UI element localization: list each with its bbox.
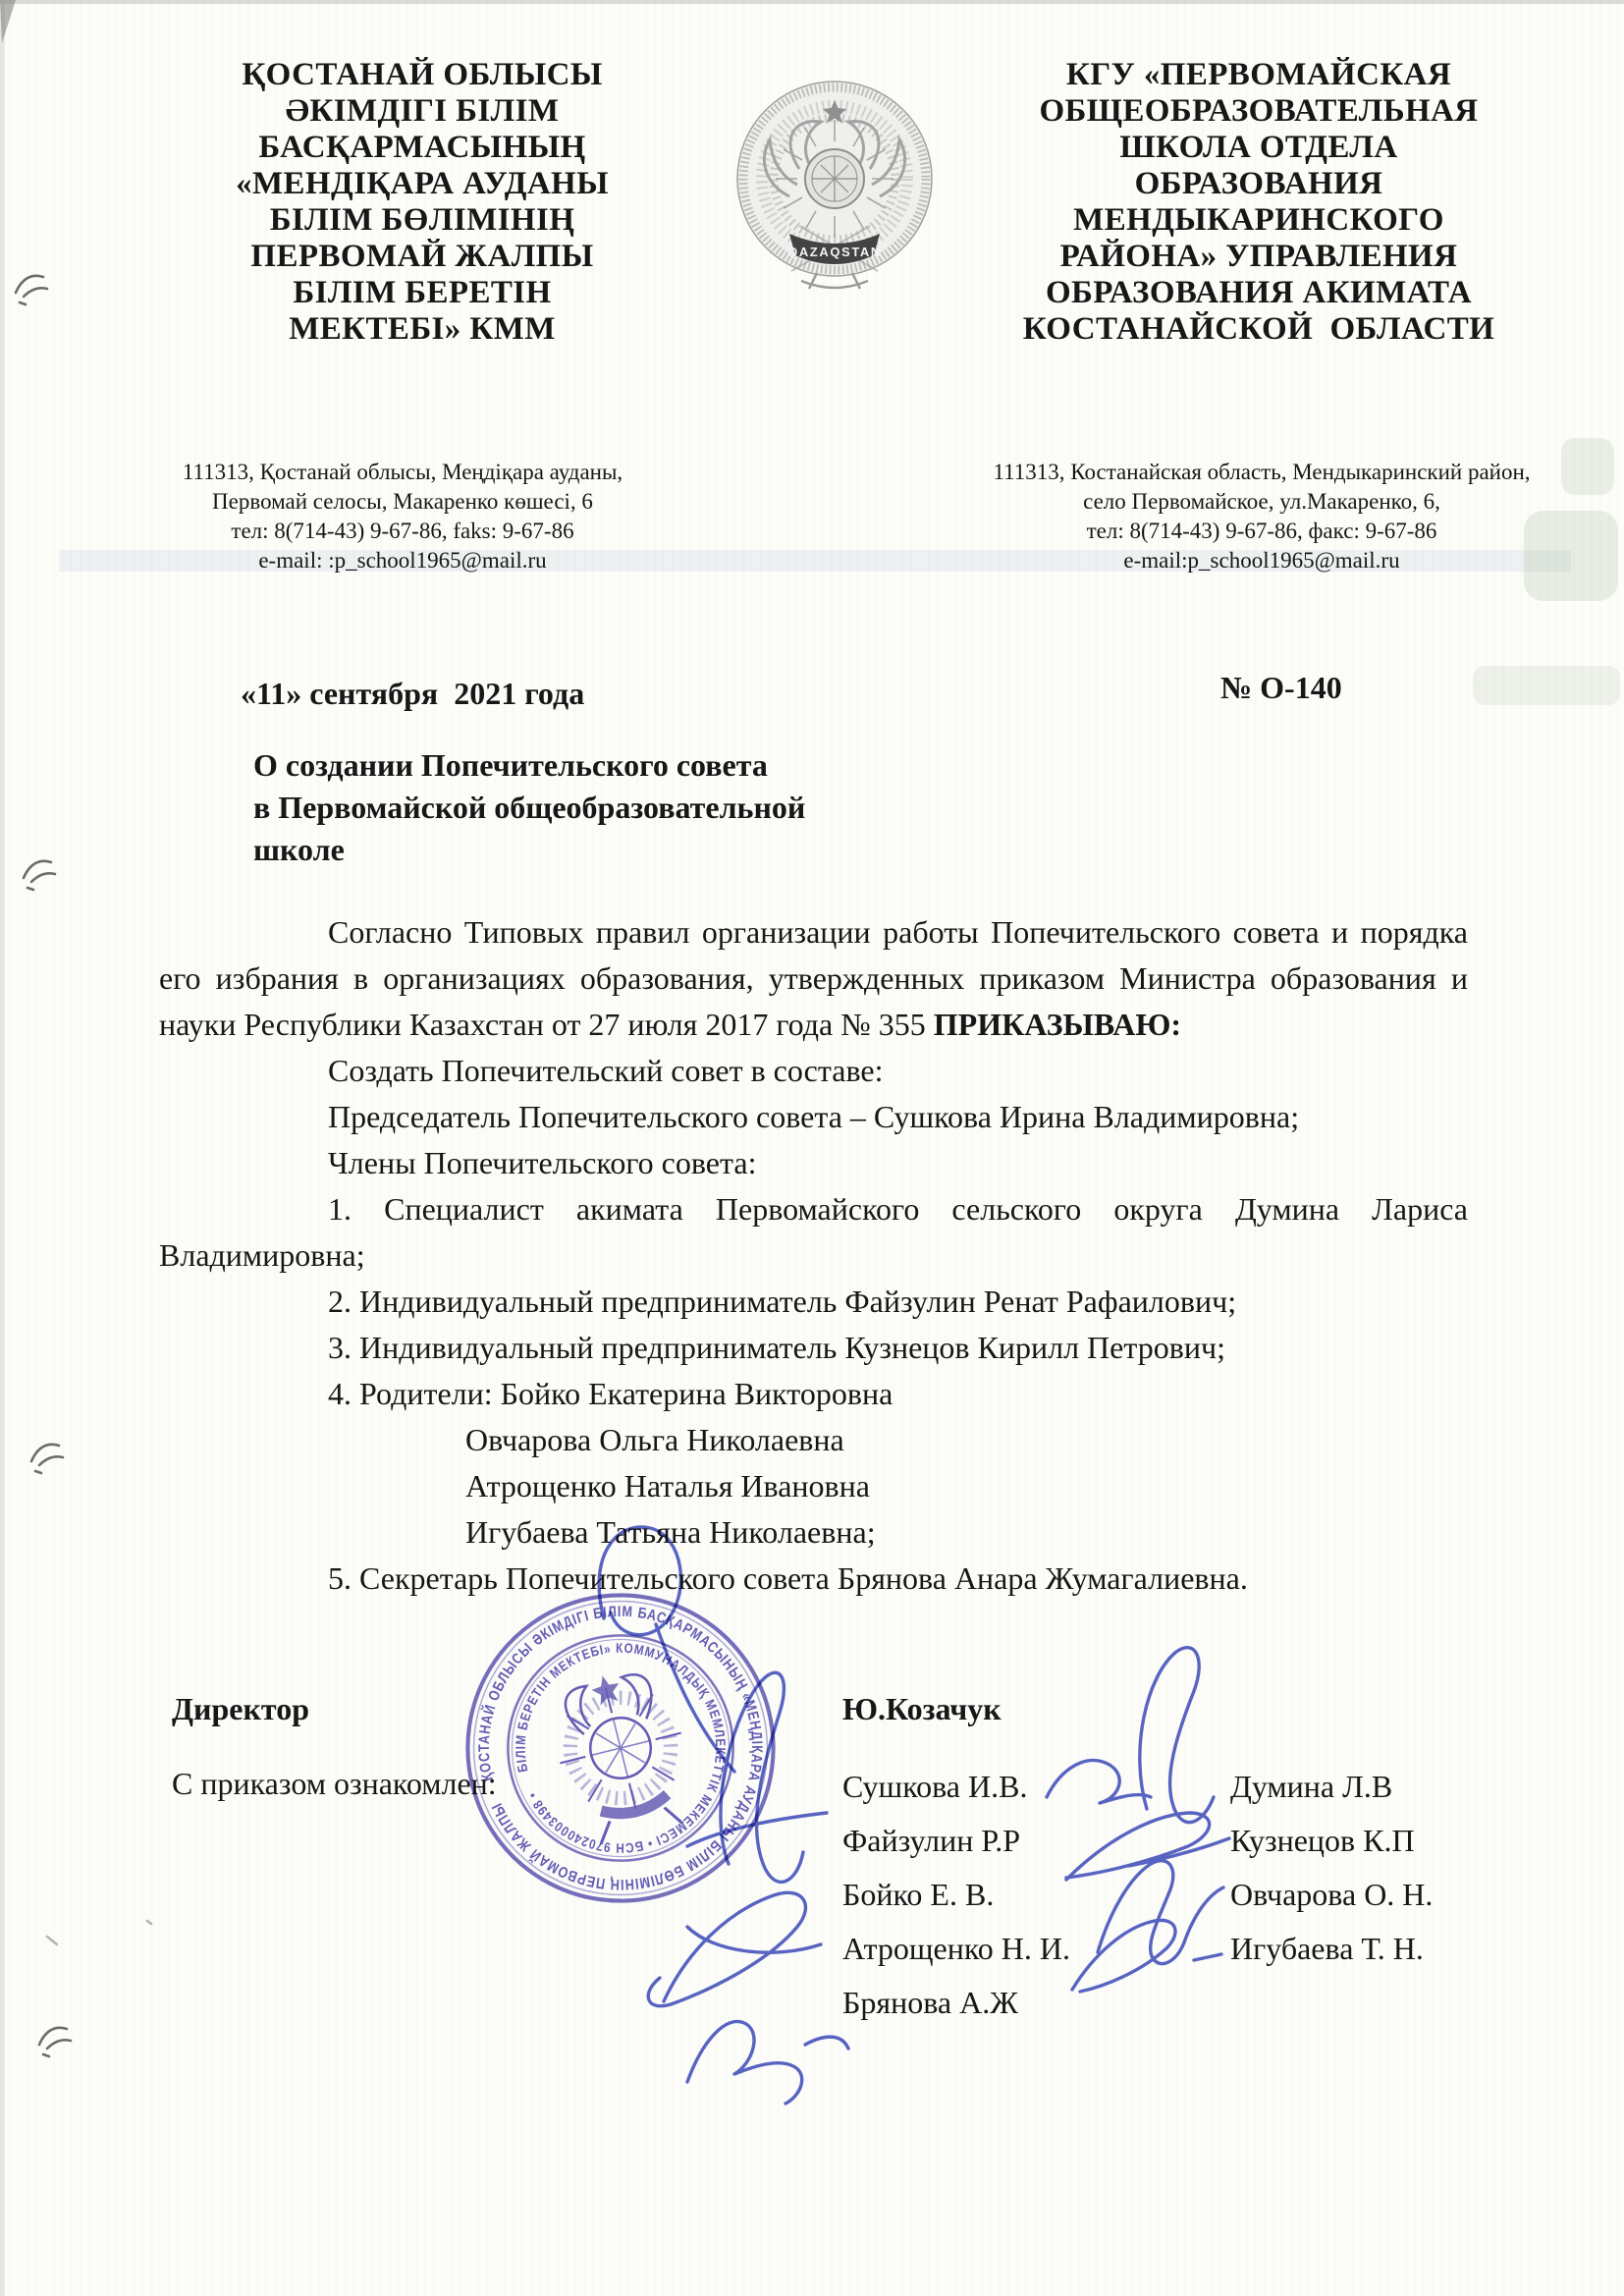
order-item-parent-name: Атрощенко Наталья Ивановна [159,1463,1468,1509]
subject-line: О создании Попечительского совета [253,744,805,787]
body-intro: Согласно Типовых правил организации рабо… [159,914,1468,1042]
letterhead-line: «МЕНДІҚАРА АУДАНЫ [167,166,677,202]
order-item-parent-name: Игубаева Татьяна Николаевна; [159,1509,1468,1556]
order-item: 4. Родители: Бойко Екатерина Викторовна [159,1371,1468,1417]
letterhead-line: ОБРАЗОВАНИЯ [945,166,1573,202]
subject-line: в Первомайской общеобразовательной [253,787,805,829]
emblem-qazaqstan-label: QAZAQSTAN [787,245,882,259]
director-label: Директор [172,1691,309,1727]
letterhead-line: БІЛІМ БЕРЕТІН [167,275,677,311]
letterhead-left: ҚОСТАНАЙ ОБЛЫСЫ ӘКІМДІГІ БІЛІМ БАСҚАРМАС… [167,57,677,348]
signature-name: Думина Л.В [1230,1760,1433,1814]
letterhead-line: РАЙОНА» УПРАВЛЕНИЯ [945,239,1573,275]
contact-line: село Первомайское, ул.Макаренко, 6, [933,487,1591,517]
order-item: 3. Индивидуальный предприниматель Кузнец… [159,1325,1468,1371]
scanned-order-document: ҚОСТАНАЙ ОБЛЫСЫ ӘКІМДІГІ БІЛІМ БАСҚАРМАС… [0,0,1624,2296]
contact-line: e-mail:p_school1965@mail.ru [933,546,1591,575]
subject-line: школе [253,829,805,871]
letterhead-line: ҚОСТАНАЙ ОБЛЫСЫ [167,57,677,93]
order-date: «11» сентября 2021 года [241,676,584,712]
order-item: Члены Попечительского совета: [159,1140,1468,1186]
contact-block-kazakh: 111313, Қостанай облысы, Меңдіқара аудан… [118,458,687,575]
state-emblem-icon: QAZAQSTAN [731,79,939,293]
letterhead-line: КГУ «ПЕРВОМАЙСКАЯ [945,57,1573,93]
letterhead-line: ШКОЛА ОТДЕЛА [945,130,1573,166]
director-name: Ю.Козачук [842,1691,1001,1727]
signature-name: Овчарова О. Н. [1230,1868,1433,1922]
letterhead-line: МЕКТЕБІ» КММ [167,311,677,348]
contact-line: 111313, Костанайская область, Мендыкарин… [933,458,1591,487]
signature-name: Файзулин Р.Р [842,1814,1070,1868]
letterhead-line: ОБЩЕОБРАЗОВАТЕЛЬНАЯ [945,93,1573,130]
signature-name: Кузнецов К.П [1230,1814,1433,1868]
order-body: Согласно Типовых правил организации рабо… [159,909,1468,1602]
contact-line: e-mail: :p_school1965@mail.ru [118,546,687,575]
letterhead-line: КОСТАНАЙСКОЙ ОБЛАСТИ [945,311,1573,348]
signature-name: Бойко Е. В. [842,1868,1070,1922]
letterhead-line: ПЕРВОМАЙ ЖАЛПЫ [167,239,677,275]
acknowledgement-label: С приказом ознакомлен: [172,1766,497,1802]
signature-name: Сушкова И.В. [842,1760,1070,1814]
order-item: 1. Специалист акимата Первомайского сель… [159,1186,1468,1279]
letterhead-line: ӘКІМДІГІ БІЛІМ [167,93,677,130]
body-paragraph: Согласно Типовых правил организации рабо… [159,909,1468,1048]
contact-block-russian: 111313, Костанайская область, Мендыкарин… [933,458,1591,575]
official-stamp: ҚОСТАНАЙ ОБЛЫСЫ ӘКІМДІГІ БІЛІМ БАСҚАРМАС… [413,1541,828,1955]
signature-name: Атрощенко Н. И. [842,1922,1070,1976]
contact-line: тел: 8(714-43) 9-67-86, факс: 9-67-86 [933,517,1591,546]
order-item: 2. Индивидуальный предприниматель Файзул… [159,1279,1468,1325]
order-item: Создать Попечительский совет в составе: [159,1048,1468,1094]
contact-line: тел: 8(714-43) 9-67-86, faks: 9-67-86 [118,517,687,546]
signature-names-right-column: Думина Л.В Кузнецов К.П Овчарова О. Н. И… [1230,1760,1433,1976]
letterhead-line: МЕНДЫКАРИНСКОГО [945,202,1573,239]
contact-line: Первомай селосы, Макаренко көшесі, 6 [118,487,687,517]
order-subject: О создании Попечительского совета в Перв… [253,744,805,871]
letterhead-line: ОБРАЗОВАНИЯ АКИМАТА [945,275,1573,311]
letterhead-line: БІЛІМ БӨЛІМІНІҢ [167,202,677,239]
letterhead-right: КГУ «ПЕРВОМАЙСКАЯ ОБЩЕОБРАЗОВАТЕЛЬНАЯ ШК… [945,57,1573,348]
stamp-center-emblem [542,1661,702,1849]
order-item: 5. Секретарь Попечительского совета Брян… [159,1556,1468,1602]
signature-name: Брянова А.Ж [842,1976,1070,2030]
letterhead-line: БАСҚАРМАСЫНЫҢ [167,130,677,166]
order-item-parent-name: Овчарова Ольга Николаевна [159,1417,1468,1463]
signature-names-left-column: Сушкова И.В. Файзулин Р.Р Бойко Е. В. Ат… [842,1760,1070,2030]
signature-name: Игубаева Т. Н. [1230,1922,1433,1976]
order-keyword: ПРИКАЗЫВАЮ: [934,1007,1181,1042]
contact-line: 111313, Қостанай облысы, Меңдіқара аудан… [118,458,687,487]
order-number: № О-140 [1220,670,1342,706]
order-item: Председатель Попечительского совета – Су… [159,1094,1468,1140]
